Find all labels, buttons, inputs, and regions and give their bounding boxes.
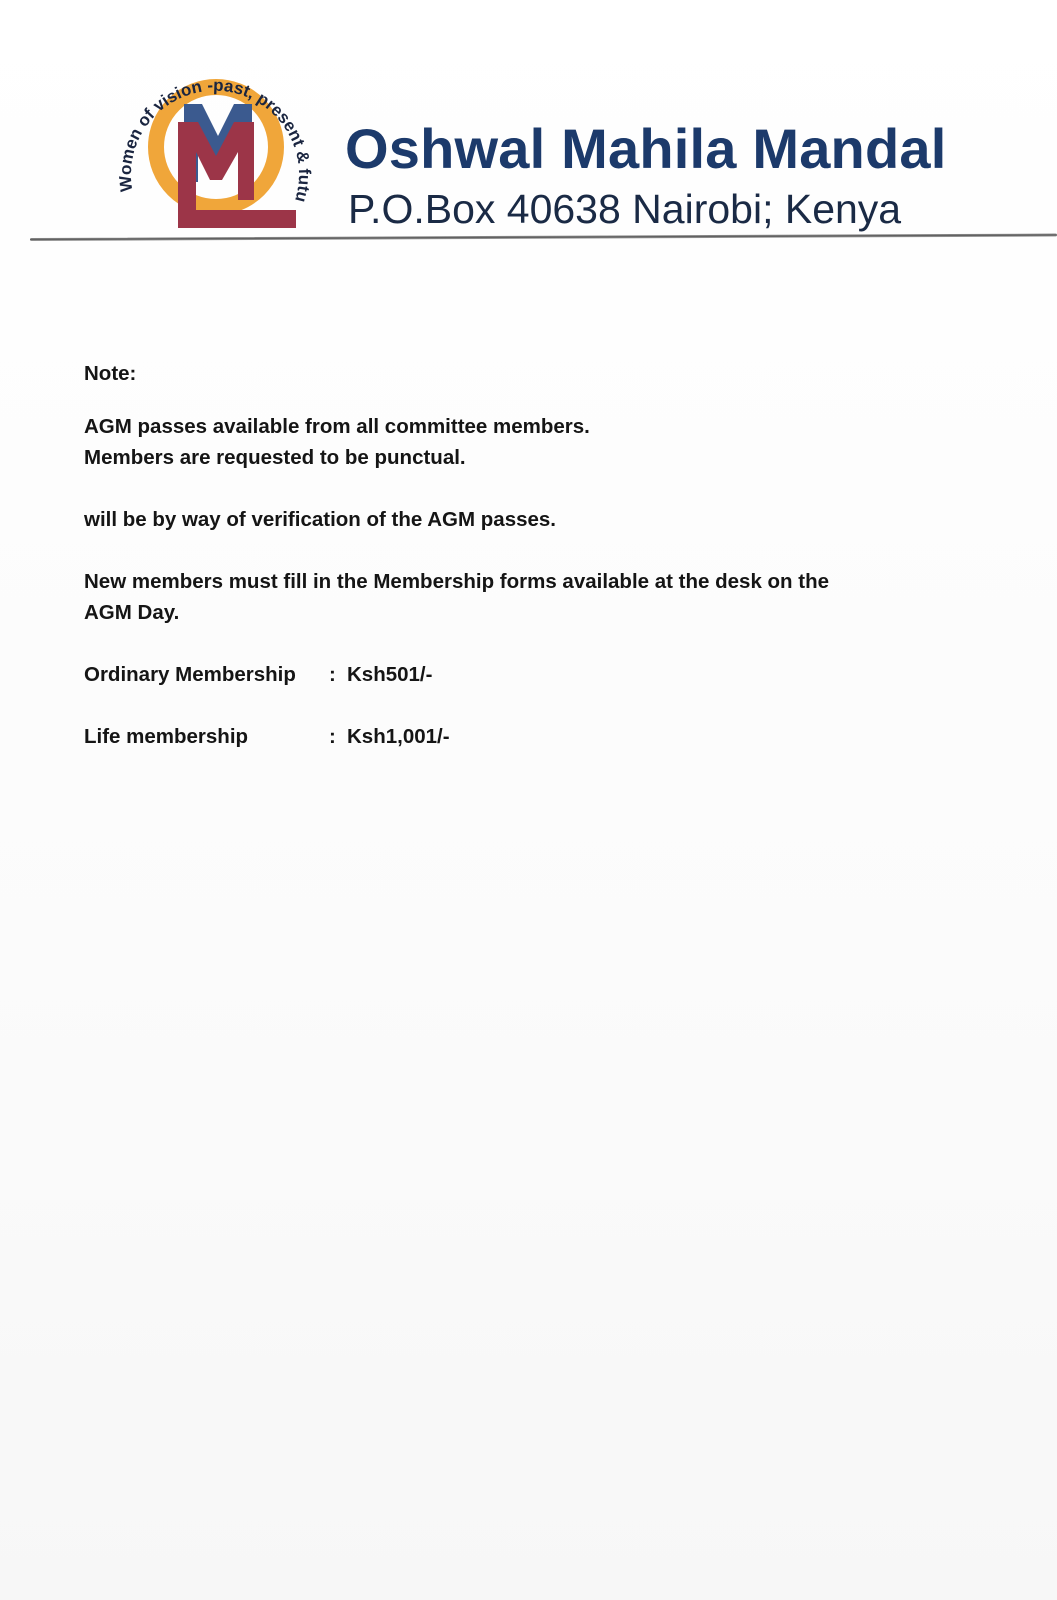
text-line: AGM passes available from all committee … xyxy=(84,411,964,442)
fee-row-ordinary: Ordinary Membership : Ksh501/- xyxy=(84,659,964,690)
fee-label: Ordinary Membership xyxy=(84,659,329,690)
fee-separator: : xyxy=(329,659,347,690)
organization-name: Oshwal Mahila Mandal xyxy=(345,116,946,181)
paragraph-new-members: New members must fill in the Membership … xyxy=(84,566,964,628)
organization-address: P.O.Box 40638 Nairobi; Kenya xyxy=(348,186,901,233)
fee-label: Life membership xyxy=(84,721,329,752)
fee-separator: : xyxy=(329,721,347,752)
text-line: AGM Day. xyxy=(84,597,964,628)
document-page: Women of vision -past, present & future … xyxy=(0,0,1057,1600)
membership-fees: Ordinary Membership : Ksh501/- Life memb… xyxy=(84,659,964,752)
paragraph-verification: will be by way of verification of the AG… xyxy=(84,504,964,535)
paragraph-agm-passes: AGM passes available from all committee … xyxy=(84,411,964,473)
oml-monogram-logo-icon: Women of vision -past, present & future xyxy=(106,32,331,247)
fee-amount: Ksh501/- xyxy=(347,659,432,690)
letterhead: Women of vision -past, present & future … xyxy=(0,0,1057,260)
text-line: New members must fill in the Membership … xyxy=(84,566,964,597)
text-line: Members are requested to be punctual. xyxy=(84,442,964,473)
fee-row-life: Life membership : Ksh1,001/- xyxy=(84,721,964,752)
note-label: Note: xyxy=(84,358,964,389)
fee-amount: Ksh1,001/- xyxy=(347,721,450,752)
text-line: will be by way of verification of the AG… xyxy=(84,504,964,535)
notice-body: Note: AGM passes available from all comm… xyxy=(84,358,964,752)
